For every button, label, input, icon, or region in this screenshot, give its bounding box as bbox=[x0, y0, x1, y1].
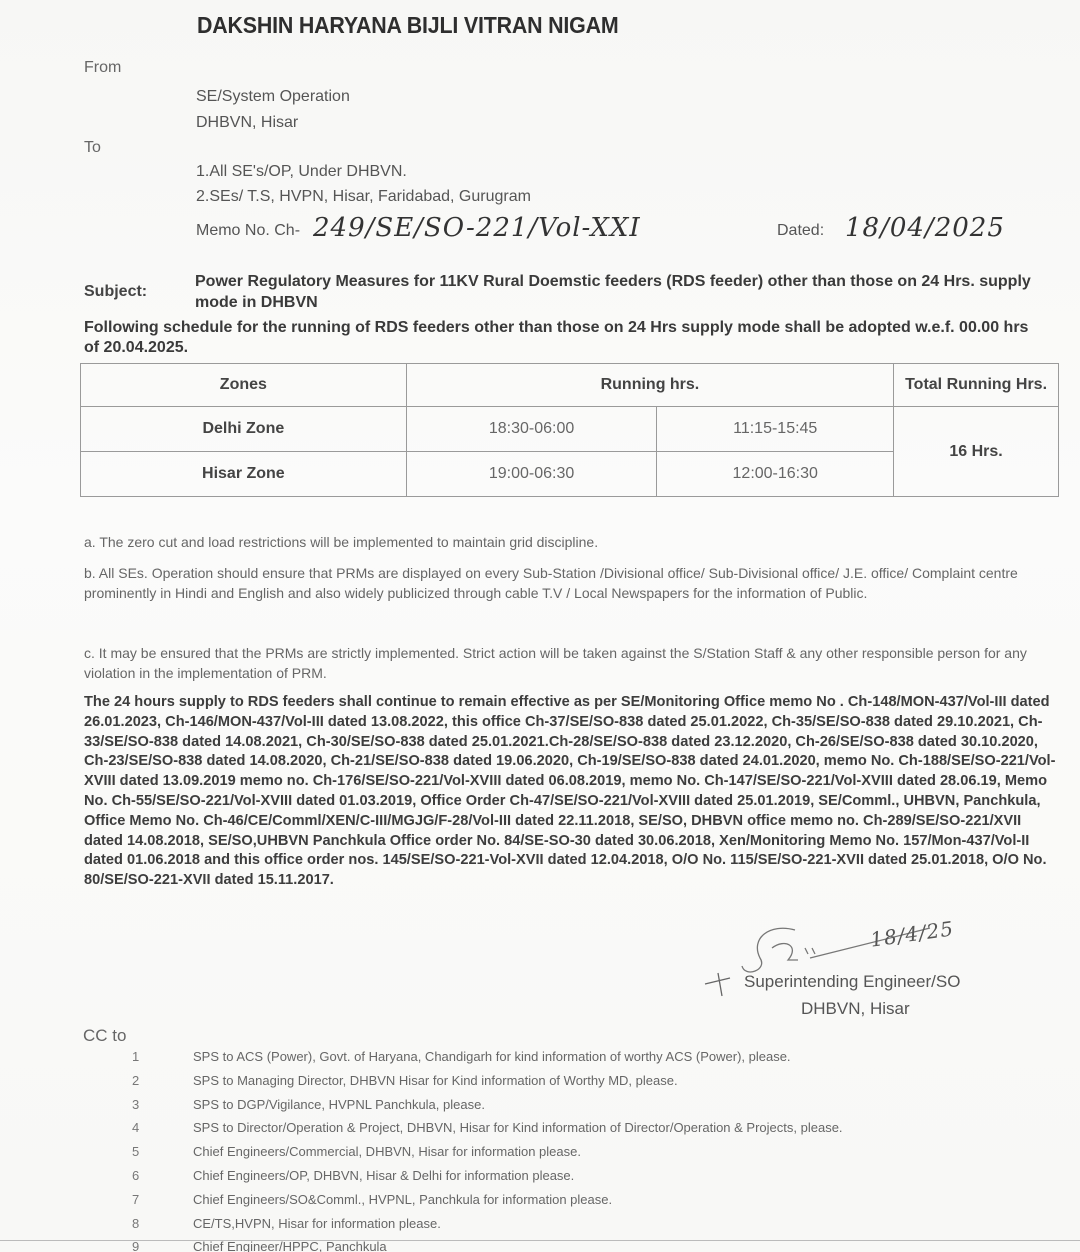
cc-item-number: 9 bbox=[132, 1239, 139, 1252]
cc-item-text: CE/TS,HVPN, Hisar for information please… bbox=[193, 1216, 441, 1231]
header-running-hrs: Running hrs. bbox=[406, 364, 893, 407]
zone-cell: Hisar Zone bbox=[81, 452, 407, 497]
from-line-2: DHBVN, Hisar bbox=[196, 114, 298, 132]
page-bottom-edge bbox=[0, 1240, 1080, 1241]
table-header-row: Zones Running hrs. Total Running Hrs. bbox=[81, 364, 1059, 407]
total-running-cell: 16 Hrs. bbox=[894, 407, 1059, 497]
header-zones: Zones bbox=[81, 364, 407, 407]
from-label: From bbox=[84, 59, 121, 77]
schedule-table: Zones Running hrs. Total Running Hrs. De… bbox=[80, 363, 1059, 497]
slot2-cell: 11:15-15:45 bbox=[657, 407, 894, 452]
zone-cell: Delhi Zone bbox=[81, 407, 407, 452]
cc-item-number: 2 bbox=[132, 1073, 139, 1088]
cc-item-text: Chief Engineers/Commercial, DHBVN, Hisar… bbox=[193, 1144, 581, 1159]
references-paragraph: The 24 hours supply to RDS feeders shall… bbox=[84, 693, 1059, 891]
header-total-running: Total Running Hrs. bbox=[894, 364, 1059, 407]
cc-item-text: SPS to Director/Operation & Project, DHB… bbox=[193, 1120, 843, 1135]
cc-item-number: 4 bbox=[132, 1120, 139, 1135]
signatory-title: Superintending Engineer/SO bbox=[744, 972, 960, 992]
table-row: Delhi Zone 18:30-06:00 11:15-15:45 16 Hr… bbox=[81, 407, 1059, 452]
to-label: To bbox=[84, 139, 101, 157]
cc-item-number: 7 bbox=[132, 1192, 139, 1207]
point-b: b. All SEs. Operation should ensure that… bbox=[84, 563, 1059, 603]
document-page: DAKSHIN HARYANA BIJLI VITRAN NIGAM From … bbox=[0, 0, 1080, 1252]
slot1-cell: 18:30-06:00 bbox=[406, 407, 657, 452]
subject-text: Power Regulatory Measures for 11KV Rural… bbox=[195, 271, 1045, 313]
point-a: a. The zero cut and load restrictions wi… bbox=[84, 532, 1059, 552]
cc-item-number: 3 bbox=[132, 1097, 139, 1112]
cc-item-number: 5 bbox=[132, 1144, 139, 1159]
cc-item-text: SPS to DGP/Vigilance, HVPNL Panchkula, p… bbox=[193, 1097, 485, 1112]
intro-text: Following schedule for the running of RD… bbox=[84, 318, 1044, 358]
cc-item-text: Chief Engineers/SO&Comml., HVPNL, Panchk… bbox=[193, 1192, 612, 1207]
cc-item-text: SPS to Managing Director, DHBVN Hisar fo… bbox=[193, 1073, 678, 1088]
slot1-cell: 19:00-06:30 bbox=[406, 452, 657, 497]
memo-label: Memo No. Ch- bbox=[196, 222, 300, 240]
slot2-cell: 12:00-16:30 bbox=[657, 452, 894, 497]
cc-item-text: SPS to ACS (Power), Govt. of Haryana, Ch… bbox=[193, 1049, 791, 1064]
from-line-1: SE/System Operation bbox=[196, 88, 350, 106]
cc-item-number: 6 bbox=[132, 1168, 139, 1183]
memo-number-handwritten: 249/SE/SO-221/Vol-XXI bbox=[313, 213, 641, 243]
cc-item-text: Chief Engineers/OP, DHBVN, Hisar & Delhi… bbox=[193, 1168, 574, 1183]
point-c: c. It may be ensured that the PRMs are s… bbox=[84, 643, 1059, 683]
cc-item-number: 1 bbox=[132, 1049, 139, 1064]
memo-date-handwritten: 18/04/2025 bbox=[845, 213, 1005, 243]
organization-title: DAKSHIN HARYANA BIJLI VITRAN NIGAM bbox=[197, 12, 619, 39]
to-line-2: 2.SEs/ T.S, HVPN, Hisar, Faridabad, Guru… bbox=[196, 188, 531, 206]
cc-item-number: 8 bbox=[132, 1216, 139, 1231]
signatory-org: DHBVN, Hisar bbox=[801, 999, 910, 1019]
cc-label: CC to bbox=[83, 1026, 126, 1046]
cc-item-text: Chief Engineer/HPPC, Panchkula bbox=[193, 1239, 387, 1252]
dated-label: Dated: bbox=[777, 222, 824, 240]
subject-label: Subject: bbox=[84, 283, 147, 301]
to-line-1: 1.All SE's/OP, Under DHBVN. bbox=[196, 163, 407, 181]
